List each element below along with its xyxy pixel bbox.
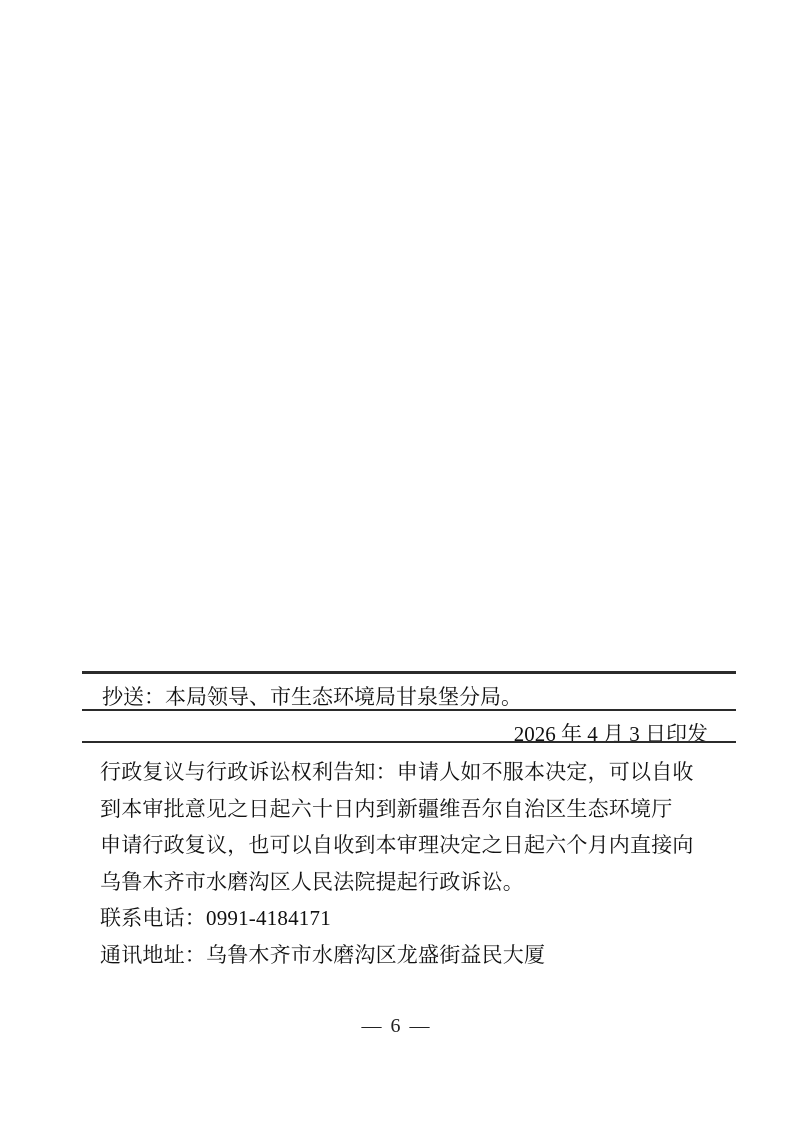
legal-notice-paragraph: 行政复议与行政诉讼权利告知：申请人如不服本决定，可以自收 到本审批意见之日起六十…: [100, 754, 710, 974]
notice-line: 到本审批意见之日起六十日内到新疆维吾尔自治区生态环境厅: [100, 791, 710, 828]
print-date-line: 2026 年 4 月 3 日印发: [514, 718, 708, 748]
page-number: — 6 —: [0, 1015, 793, 1038]
notice-line: 行政复议与行政诉讼权利告知：申请人如不服本决定，可以自收: [100, 754, 710, 791]
colophon-bottom-rule: [82, 741, 736, 743]
colophon-top-rule: [82, 671, 736, 674]
notice-line: 乌鲁木齐市水磨沟区人民法院提起行政诉讼。: [100, 864, 710, 901]
document-page: 抄送：本局领导、市生态环境局甘泉堡分局。 2026 年 4 月 3 日印发 行政…: [0, 0, 793, 1122]
notice-line: 申请行政复议，也可以自收到本审理决定之日起六个月内直接向: [100, 827, 710, 864]
notice-line: 通讯地址：乌鲁木齐市水磨沟区龙盛街益民大厦: [100, 937, 710, 974]
cc-line: 抄送：本局领导、市生态环境局甘泉堡分局。: [102, 681, 522, 711]
notice-line: 联系电话：0991-4184171: [100, 900, 710, 937]
colophon-middle-rule: [82, 709, 736, 711]
